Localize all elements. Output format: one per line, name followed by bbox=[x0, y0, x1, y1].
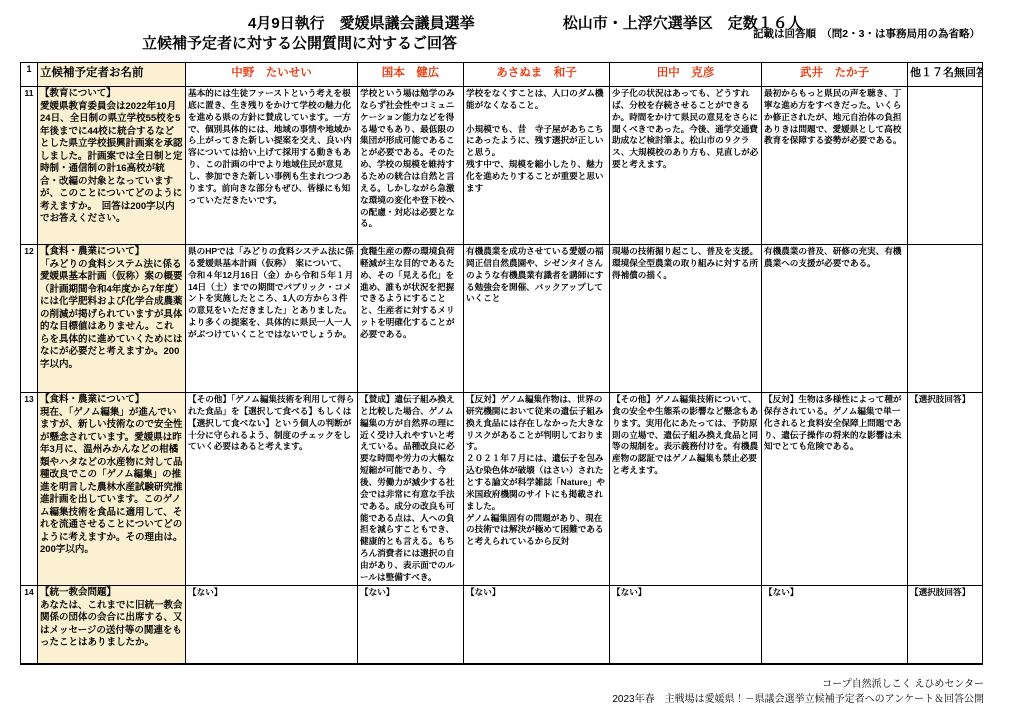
question-cell: 【食料・農業について】 「みどりの食料システム法に係る愛媛県基本計画（仮称）案の… bbox=[38, 245, 186, 393]
answer-cell-nakano: 【ない】 bbox=[186, 586, 358, 664]
others-cell bbox=[908, 87, 983, 245]
answer-cell-kunimoto: 食糧生産の際の環境負荷軽減が主な目的であるため、その「見える化」を進め、誰もが状… bbox=[358, 245, 464, 393]
answer-cell-kunimoto: 学校という場は勉学のみならず社会性やコミュニケーション能力などを得る場でもあり、… bbox=[358, 87, 464, 245]
title-subtitle: 立候補予定者に対する公開質問に対するご回答 bbox=[142, 34, 803, 54]
others-cell bbox=[908, 245, 983, 393]
answer-cell-asanuma: 学校をなくすことは、人口のダム機能がなくなること。 小規模でも、昔 寺子屋があち… bbox=[464, 87, 610, 245]
answer-cell-takei: 【反対】生物は多様性によって種が保存されている。ゲノム編集で単一化されると食料安… bbox=[762, 393, 908, 586]
question-cell: 【統一教会問題】 あなたは、これまでに旧統一教会関係の団体の会合に出席する、又は… bbox=[38, 586, 186, 664]
row-number: 12 bbox=[21, 245, 38, 393]
header-row-number: 1 bbox=[21, 63, 38, 87]
answer-cell-asanuma: 有機農業を成功させている愛媛の福岡正信自然農園や、シゼンタイさんのような有機農業… bbox=[464, 245, 610, 393]
footer-org: コープ自然派しこく えひめセンター bbox=[612, 678, 984, 693]
answer-cell-nakano: 基本的には生徒ファーストという考えを根底に置き、生き残りをかけて学校の魅力化を進… bbox=[186, 87, 358, 245]
questionnaire-table: 1 立候補予定者お名前 中野 たいせい 国本 健広 あさぬま 和子 田中 克彦 … bbox=[20, 62, 983, 665]
answer-cell-tanaka: 【その他】ゲノム編集技術について、食の安全や生態系の影響など懸念もあります。実用… bbox=[610, 393, 762, 586]
question-cell: 【食料・農業について】 現在、「ゲノム編集」が進んでいますが、新しい技術なので安… bbox=[38, 393, 186, 586]
answer-cell-takei: 【ない】 bbox=[762, 586, 908, 664]
candidate-header-tanaka: 田中 克彦 bbox=[610, 63, 762, 87]
answer-cell-tanaka: 現場の技術掘り起こし、普及を支援。環境保全型農業の取り組みに対する所得補償の描く… bbox=[610, 245, 762, 393]
others-cell: 【選択肢回答】 bbox=[908, 586, 983, 664]
header-note: 記載は回答順 （問2・3・は事務局用の為省略） bbox=[753, 26, 980, 41]
title-election: 4月9日執行 愛媛県議会議員選挙 bbox=[248, 15, 475, 32]
answer-cell-kunimoto: 【ない】 bbox=[358, 586, 464, 664]
page-title: 4月9日執行 愛媛県議会議員選挙松山市・上浮穴選挙区 定数１６人 立候補予定者に… bbox=[142, 14, 803, 55]
footer: コープ自然派しこく えひめセンター 2023年春 主戦場は愛媛県！－県議会選挙立… bbox=[612, 678, 984, 707]
table-row-q13: 13 【食料・農業について】 現在、「ゲノム編集」が進んでいますが、新しい技術な… bbox=[21, 393, 983, 586]
candidate-header-takei: 武井 たか子 bbox=[762, 63, 908, 87]
title-line1: 4月9日執行 愛媛県議会議員選挙松山市・上浮穴選挙区 定数１６人 bbox=[142, 14, 803, 34]
answer-cell-asanuma: 【反対】ゲノム編集作物は、世界の研究機関において従来の遺伝子組み換え食品には存在… bbox=[464, 393, 610, 586]
answer-cell-nakano: 【その他】「ゲノム編集技術を利用して得られた食品」を【選択して食べる】もしくは【… bbox=[186, 393, 358, 586]
answer-cell-takei: 有機農業の普及、研修の充実、有機農業への支援が必要である。 bbox=[762, 245, 908, 393]
answer-cell-takei: 最初からもっと県民の声を聴き、丁寧な進め方をすべきだった。いくらか修正されたが、… bbox=[762, 87, 908, 245]
answer-cell-tanaka: 【ない】 bbox=[610, 586, 762, 664]
candidate-header-kunimoto: 国本 健広 bbox=[358, 63, 464, 87]
answer-cell-nakano: 県のHPでは「みどりの食料システム法に係る愛媛県基本計画（仮称） 案について、令… bbox=[186, 245, 358, 393]
table-row-q12: 12 【食料・農業について】 「みどりの食料システム法に係る愛媛県基本計画（仮称… bbox=[21, 245, 983, 393]
row-number: 14 bbox=[21, 586, 38, 664]
others-cell: 【選択肢回答】 bbox=[908, 393, 983, 586]
table-row-q14: 14 【統一教会問題】 あなたは、これまでに旧統一教会関係の団体の会合に出席する… bbox=[21, 586, 983, 664]
row-number: 13 bbox=[21, 393, 38, 586]
candidate-header-nakano: 中野 たいせい bbox=[186, 63, 358, 87]
others-column-header: 他１７名無回答 bbox=[908, 63, 983, 87]
question-cell: 【教育について】 愛媛県教育委員会は2022年10月24日、全日制の県立学校55… bbox=[38, 87, 186, 245]
answer-cell-asanuma: 【ない】 bbox=[464, 586, 610, 664]
candidate-header-asanuma: あさぬま 和子 bbox=[464, 63, 610, 87]
answer-cell-tanaka: 少子化の状況はあっても、どうすれば、分校を存続させることができるか。時間をかけて… bbox=[610, 87, 762, 245]
name-column-header: 立候補予定者お名前 bbox=[38, 63, 186, 87]
table-row-q11: 11 【教育について】 愛媛県教育委員会は2022年10月24日、全日制の県立学… bbox=[21, 87, 983, 245]
table-header-row: 1 立候補予定者お名前 中野 たいせい 国本 健広 あさぬま 和子 田中 克彦 … bbox=[21, 63, 983, 87]
footer-campaign: 2023年春 主戦場は愛媛県！－県議会選挙立候補予定者へのアンケート＆回答公開 bbox=[612, 693, 984, 708]
row-number: 11 bbox=[21, 87, 38, 245]
answer-cell-kunimoto: 【賛成】遺伝子組み換えと比較した場合、ゲノム編集の方が自然界の理に近く受け入れや… bbox=[358, 393, 464, 586]
